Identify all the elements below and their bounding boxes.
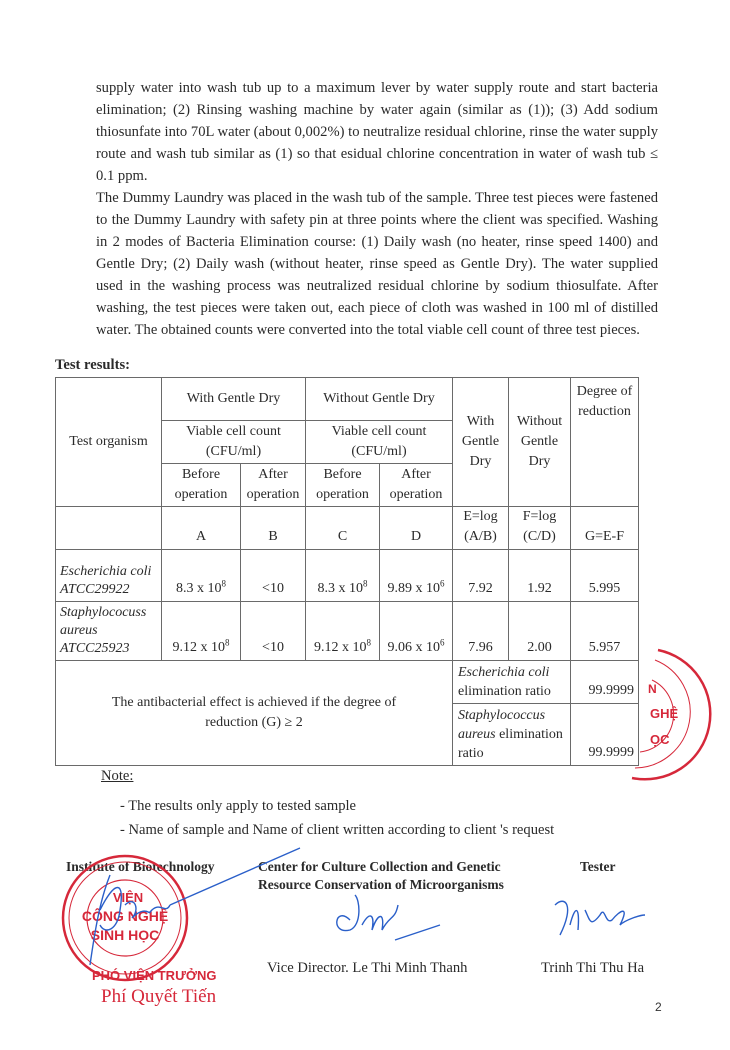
header-viable-count-without: Viable cell count (CFU/ml): [306, 421, 453, 464]
tester-name: Trinh Thi Thu Ha: [541, 960, 644, 977]
header-before-operation-a: Before operation: [162, 464, 241, 507]
paragraph-procedure: supply water into wash tub up to a maxim…: [96, 77, 658, 187]
value-e: 7.92: [453, 550, 509, 602]
value-a: 9.12 x 108: [162, 602, 241, 661]
value-b: <10: [241, 550, 306, 602]
header-col-a: A: [162, 507, 241, 550]
header-after-operation-d: After operation: [380, 464, 453, 507]
value-f: 1.92: [509, 550, 571, 602]
header-viable-count-with: Viable cell count (CFU/ml): [162, 421, 306, 464]
svg-text:GHỆ: GHỆ: [650, 706, 679, 721]
value-d: 9.06 x 106: [380, 602, 453, 661]
header-col-e: E=log (A/B): [453, 507, 509, 550]
value-g: 5.995: [571, 550, 639, 602]
header-with-gentle-dry-log: With Gentle Dry: [453, 378, 509, 507]
svg-text:ỌC: ỌC: [650, 732, 670, 747]
header-before-operation-c: Before operation: [306, 464, 380, 507]
value-d: 9.89 x 106: [380, 550, 453, 602]
ecoli-elimination-label: Escherichia coli elimination ratio: [453, 661, 571, 704]
center-heading: Center for Culture Collection and Geneti…: [258, 858, 504, 894]
value-c: 9.12 x 108: [306, 602, 380, 661]
partial-stamp-text: N GHỆ ỌC: [648, 682, 679, 747]
value-g: 5.957: [571, 602, 639, 661]
institute-heading: Institute of Biotechnology: [66, 858, 215, 876]
page-number: 2: [655, 1000, 662, 1014]
value-c: 8.3 x 108: [306, 550, 380, 602]
header-blank: [56, 507, 162, 550]
results-table: Test organism With Gentle Dry Without Ge…: [55, 377, 639, 766]
header-after-operation-b: After operation: [241, 464, 306, 507]
value-a: 8.3 x 108: [162, 550, 241, 602]
header-test-organism: Test organism: [56, 378, 162, 507]
value-f: 2.00: [509, 602, 571, 661]
center-signer-name: Vice Director. Le Thi Minh Thanh: [267, 960, 467, 977]
partial-stamp-icon: [632, 650, 710, 779]
antibacterial-criterion: The antibacterial effect is achieved if …: [56, 661, 453, 766]
institute-signer-name: Phí Quyết Tiến: [101, 986, 216, 1008]
note-item: - Name of sample and Name of client writ…: [120, 818, 554, 842]
header-col-b: B: [241, 507, 306, 550]
value-b: <10: [241, 602, 306, 661]
organism-cell: Escherichia coliATCC29922: [56, 550, 162, 602]
header-col-d: D: [380, 507, 453, 550]
table-row-staph: StaphylococussaureusATCC25923 9.12 x 108…: [56, 602, 639, 661]
svg-text:SINH HỌC: SINH HỌC: [91, 927, 159, 943]
header-col-g: G=E-F: [571, 507, 639, 550]
tester-heading: Tester: [580, 858, 616, 876]
staph-elimination-label: Staphylococcus aureus elimination ratio: [453, 704, 571, 766]
svg-text:CÔNG NGHỆ: CÔNG NGHỆ: [82, 907, 168, 924]
svg-text:N: N: [648, 682, 657, 696]
header-col-f: F=log (C/D): [509, 507, 571, 550]
value-e: 7.96: [453, 602, 509, 661]
header-degree-of-reduction: Degree of reduction: [571, 378, 639, 507]
note-list: - The results only apply to tested sampl…: [120, 794, 554, 842]
note-item: - The results only apply to tested sampl…: [120, 794, 554, 818]
ecoli-elimination-value: 99.9999: [571, 661, 639, 704]
svg-text:VIỆN: VIỆN: [113, 890, 143, 905]
paragraph-method: The Dummy Laundry was placed in the wash…: [96, 187, 658, 341]
institute-stamp-text: VIỆN CÔNG NGHỆ SINH HỌC: [82, 890, 168, 943]
organism-cell: StaphylococussaureusATCC25923: [56, 602, 162, 661]
test-results-heading: Test results:: [55, 357, 130, 374]
header-without-gentle-dry: Without Gentle Dry: [306, 378, 453, 421]
stamp-title: PHÓ VIỆN TRƯỞNG: [92, 968, 216, 983]
header-col-c: C: [306, 507, 380, 550]
header-with-gentle-dry: With Gentle Dry: [162, 378, 306, 421]
note-title: Note:: [101, 768, 133, 785]
header-without-gentle-dry-log: Without Gentle Dry: [509, 378, 571, 507]
table-row-ecoli: Escherichia coliATCC29922 8.3 x 108 <10 …: [56, 550, 639, 602]
staph-elimination-value: 99.9999: [571, 704, 639, 766]
